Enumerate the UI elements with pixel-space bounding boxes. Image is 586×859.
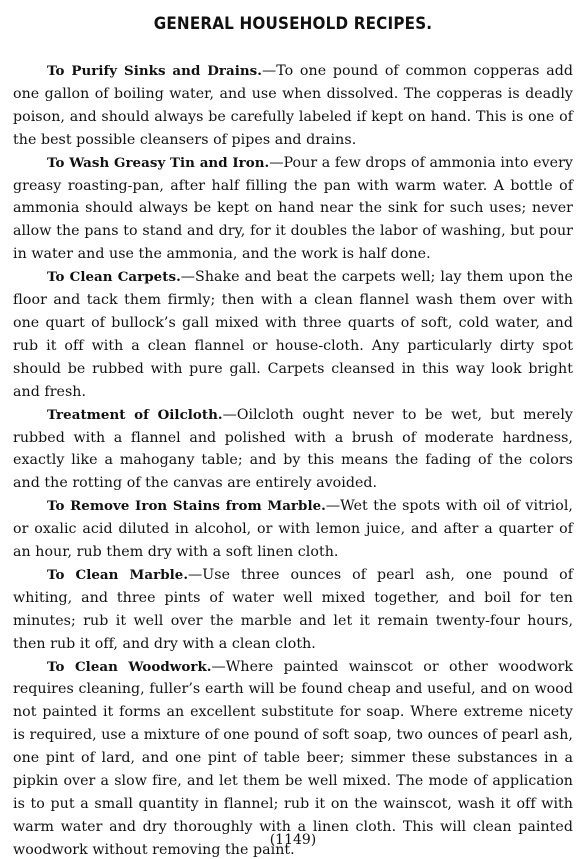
recipe-clean-marble: To Clean Marble.—Use three ounces of pea… bbox=[13, 564, 573, 656]
recipe-oilcloth: Treatment of Oilcloth.—Oilcloth ought ne… bbox=[13, 404, 573, 496]
em-dash: — bbox=[212, 659, 226, 675]
recipe-heading: To Remove Iron Stains from Marble. bbox=[47, 498, 326, 514]
book-page: GENERAL HOUSEHOLD RECIPES. To Purify Sin… bbox=[13, 0, 573, 859]
recipe-clean-carpets: To Clean Carpets.—Shake and beat the car… bbox=[13, 266, 573, 403]
recipe-list: To Purify Sinks and Drains.—To one pound… bbox=[13, 60, 573, 859]
recipe-heading: To Purify Sinks and Drains. bbox=[47, 63, 262, 79]
em-dash: — bbox=[188, 567, 202, 583]
recipe-heading: To Clean Woodwork. bbox=[47, 659, 212, 675]
recipe-heading: To Clean Marble. bbox=[47, 567, 188, 583]
em-dash: — bbox=[262, 63, 276, 79]
recipe-text: Where painted wainscot or other woodwork… bbox=[13, 659, 573, 858]
recipe-text: Shake and beat the carpets well; lay the… bbox=[13, 269, 573, 400]
recipe-heading: Treatment of Oilcloth. bbox=[47, 407, 223, 423]
page-number: (1149) bbox=[13, 832, 573, 848]
em-dash: — bbox=[181, 269, 195, 285]
em-dash: — bbox=[223, 407, 237, 423]
recipe-clean-woodwork: To Clean Woodwork.—Where painted wainsco… bbox=[13, 656, 573, 859]
recipe-iron-stains-marble: To Remove Iron Stains from Marble.—Wet t… bbox=[13, 495, 573, 564]
recipe-heading: To Wash Greasy Tin and Iron. bbox=[47, 155, 269, 171]
recipe-wash-greasy-tin: To Wash Greasy Tin and Iron.—Pour a few … bbox=[13, 152, 573, 267]
em-dash: — bbox=[269, 155, 283, 171]
recipe-heading: To Clean Carpets. bbox=[47, 269, 181, 285]
recipe-purify-sinks: To Purify Sinks and Drains.—To one pound… bbox=[13, 60, 573, 152]
em-dash: — bbox=[326, 498, 340, 514]
page-title: GENERAL HOUSEHOLD RECIPES. bbox=[35, 0, 550, 46]
